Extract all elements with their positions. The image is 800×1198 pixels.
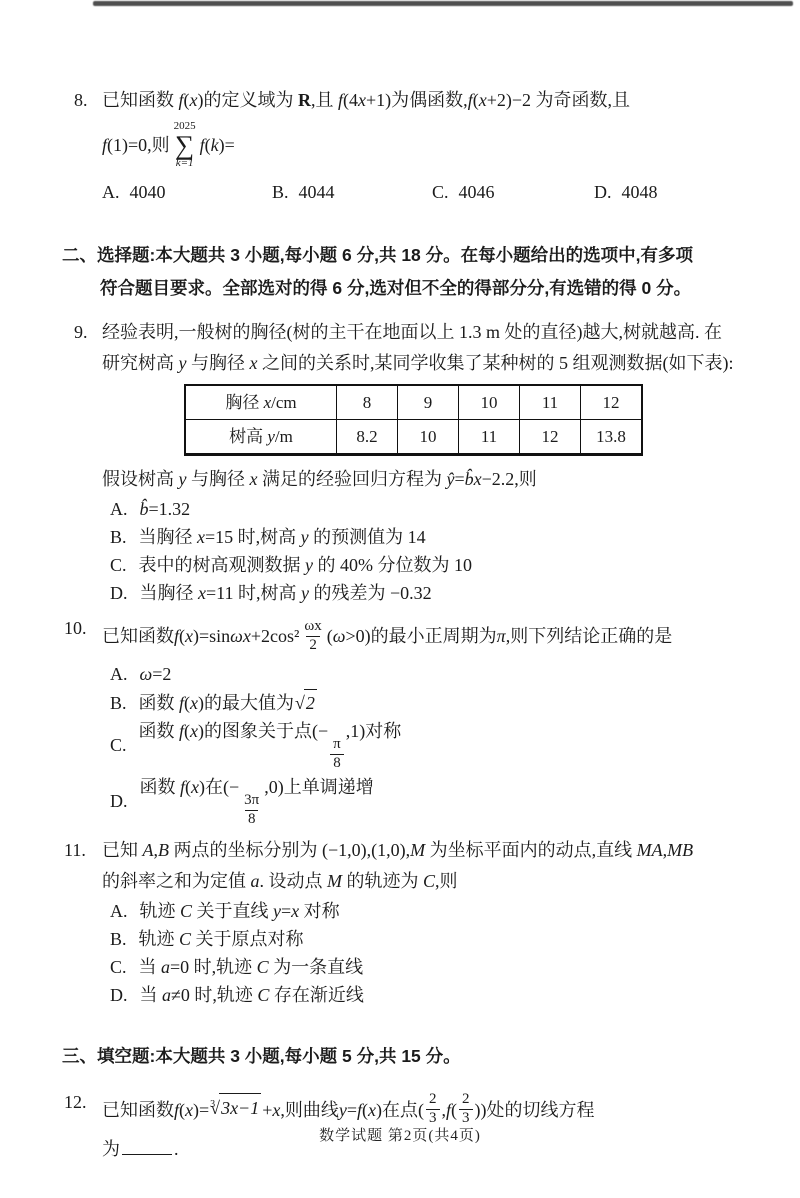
question-8-number: 8.	[74, 86, 88, 114]
question-11-option-c: C.当 a=0 时,轨迹 C 为一条直线	[102, 954, 744, 980]
section-2-header: 二、选择题:本大题共 3 小题,每小题 6 分,共 18 分。在每小题给出的选项…	[62, 239, 744, 305]
question-10-option-a: A.ω=2	[102, 661, 744, 687]
question-10-heading: 已知函数 f(x)=sin ωx+2cos²ωx2 (ω>0)的最小正周期为 π…	[102, 614, 744, 658]
section-3-header-line1: 三、填空题:本大题共 3 小题,每小题 5 分,共 15 分。	[62, 1040, 706, 1073]
question-9: 9. 经验表明,一般树的胸径(树的主干在地面以上 1.3 m 处的直径)越大,树…	[62, 318, 744, 606]
exam-page: 8. 已知函数 f(x)的定义域为 R,且 f(4x+1)为偶函数,f(x+2)…	[0, 0, 800, 1198]
option-label: C.	[110, 954, 127, 980]
question-12-number: 12.	[64, 1088, 87, 1116]
option-text: 当 a≠0 时,轨迹 C 存在渐近线	[140, 982, 364, 1008]
option-label: A.	[110, 898, 128, 924]
section-2-header-line1: 二、选择题:本大题共 3 小题,每小题 6 分,共 18 分。在每小题给出的选项…	[62, 239, 706, 272]
option-text: b̂=1.32	[140, 496, 191, 522]
question-8-line1: 已知函数 f(x)的定义域为 R,且 f(4x+1)为偶函数,f(x+2)−2 …	[102, 86, 744, 114]
choice-b-label: B.	[272, 182, 289, 202]
choice-c-value: 4046	[459, 182, 495, 202]
choice-c: C.4046	[432, 178, 594, 205]
option-text: 函数 f(x)的最大值为√2	[139, 689, 318, 716]
option-label: C.	[110, 552, 127, 578]
question-9-line1: 经验表明,一般树的胸径(树的主干在地面以上 1.3 m 处的直径)越大,树就越高…	[102, 318, 744, 346]
table-cell: 9	[398, 385, 459, 420]
table-cell: 8.2	[337, 420, 398, 455]
question-11-option-a: A.轨迹 C 关于直线 y=x 对称	[102, 898, 744, 924]
option-text: 轨迹 C 关于原点对称	[139, 926, 304, 952]
option-text: ω=2	[140, 661, 172, 687]
choice-a-value: 4040	[130, 182, 166, 202]
question-10: 10. 已知函数 f(x)=sin ωx+2cos²ωx2 (ω>0)的最小正周…	[62, 614, 744, 828]
choice-d-value: 4048	[622, 182, 658, 202]
table-cell: 11	[520, 385, 581, 420]
table-header-diameter: 胸径 x/cm	[185, 385, 337, 420]
table-cell: 8	[337, 385, 398, 420]
observation-table: 胸径 x/cm 8 9 10 11 12 树高 y/m 8.2 10 11 12…	[184, 384, 643, 456]
section-3-header: 三、填空题:本大题共 3 小题,每小题 5 分,共 15 分。	[62, 1040, 744, 1073]
table-row-height: 树高 y/m 8.2 10 11 12 13.8	[185, 420, 642, 455]
question-10-option-b: B.函数 f(x)的最大值为√2	[102, 689, 744, 716]
question-11: 11. 已知 A,B 两点的坐标分别为 (−1,0),(1,0),M 为坐标平面…	[62, 836, 744, 1008]
table-cell: 11	[459, 420, 520, 455]
option-label: D.	[110, 580, 128, 606]
option-text: 轨迹 C 关于直线 y=x 对称	[140, 898, 340, 924]
question-11-number: 11.	[64, 836, 86, 864]
option-label: D.	[110, 788, 128, 814]
question-9-option-d: D.当胸径 x=11 时,树高 y 的残差为 −0.32	[102, 580, 744, 606]
section-2-header-line2: 符合题目要求。全部选对的得 6 分,选对但不全的得部分分,有选错的得 0 分。	[100, 272, 744, 305]
option-text: 表中的树高观测数据 y 的 40% 分位数为 10	[139, 552, 473, 578]
question-11-line1: 已知 A,B 两点的坐标分别为 (−1,0),(1,0),M 为坐标平面内的动点…	[102, 836, 744, 864]
question-11-line2: 的斜率之和为定值 a. 设动点 M 的轨迹为 C,则	[102, 867, 744, 895]
table-row-diameter: 胸径 x/cm 8 9 10 11 12	[185, 385, 642, 420]
question-9-option-c: C.表中的树高观测数据 y 的 40% 分位数为 10	[102, 552, 744, 578]
option-label: B.	[110, 524, 127, 550]
question-9-number: 9.	[74, 318, 88, 346]
question-10-option-c: C.函数 f(x)的图象关于点(−π8,1)对称	[102, 718, 744, 772]
option-text: 当胸径 x=11 时,树高 y 的残差为 −0.32	[140, 580, 432, 606]
choice-d: D.4048	[594, 178, 658, 205]
table-cell: 12	[520, 420, 581, 455]
question-10-option-d: D.函数 f(x)在(−3π8,0)上单调递增	[102, 774, 744, 828]
table-header-height: 树高 y/m	[185, 420, 337, 455]
option-text: 函数 f(x)在(−3π8,0)上单调递增	[140, 774, 374, 828]
question-11-option-b: B.轨迹 C 关于原点对称	[102, 926, 744, 952]
question-11-option-d: D.当 a≠0 时,轨迹 C 存在渐近线	[102, 982, 744, 1008]
question-9-option-a: A.b̂=1.32	[102, 496, 744, 522]
question-9-line3: 假设树高 y 与胸径 x 满足的经验回归方程为 ŷ=b̂x−2.2,则	[102, 465, 744, 493]
table-cell: 12	[581, 385, 643, 420]
choice-b-value: 4044	[299, 182, 335, 202]
choice-d-label: D.	[594, 182, 612, 202]
question-9-option-b: B.当胸径 x=15 时,树高 y 的预测值为 14	[102, 524, 744, 550]
option-label: A.	[110, 661, 128, 687]
table-cell: 10	[459, 385, 520, 420]
question-10-number: 10.	[64, 614, 87, 642]
option-text: 当胸径 x=15 时,树高 y 的预测值为 14	[139, 524, 426, 550]
table-cell: 10	[398, 420, 459, 455]
option-label: B.	[110, 690, 127, 716]
option-label: A.	[110, 496, 128, 522]
choice-c-label: C.	[432, 182, 449, 202]
question-8-sum-expression: f(1)=0,则 2025∑k=1f(k)=	[102, 118, 744, 172]
option-label: D.	[110, 982, 128, 1008]
choice-a: A.4040	[102, 178, 272, 205]
choice-b: B.4044	[272, 178, 432, 205]
choice-a-label: A.	[102, 182, 120, 202]
table-cell: 13.8	[581, 420, 643, 455]
option-label: C.	[110, 732, 127, 758]
scan-artifact-line	[93, 1, 793, 6]
option-text: 函数 f(x)的图象关于点(−π8,1)对称	[139, 718, 402, 772]
question-9-line2: 研究树高 y 与胸径 x 之间的关系时,某同学收集了某种树的 5 组观测数据(如…	[102, 349, 744, 377]
question-8-choices: A.4040 B.4044 C.4046 D.4048	[102, 178, 744, 205]
page-footer: 数学试题 第2页(共4页)	[0, 1122, 800, 1150]
option-label: B.	[110, 926, 127, 952]
option-text: 当 a=0 时,轨迹 C 为一条直线	[139, 954, 364, 980]
question-8: 8. 已知函数 f(x)的定义域为 R,且 f(4x+1)为偶函数,f(x+2)…	[62, 86, 744, 205]
